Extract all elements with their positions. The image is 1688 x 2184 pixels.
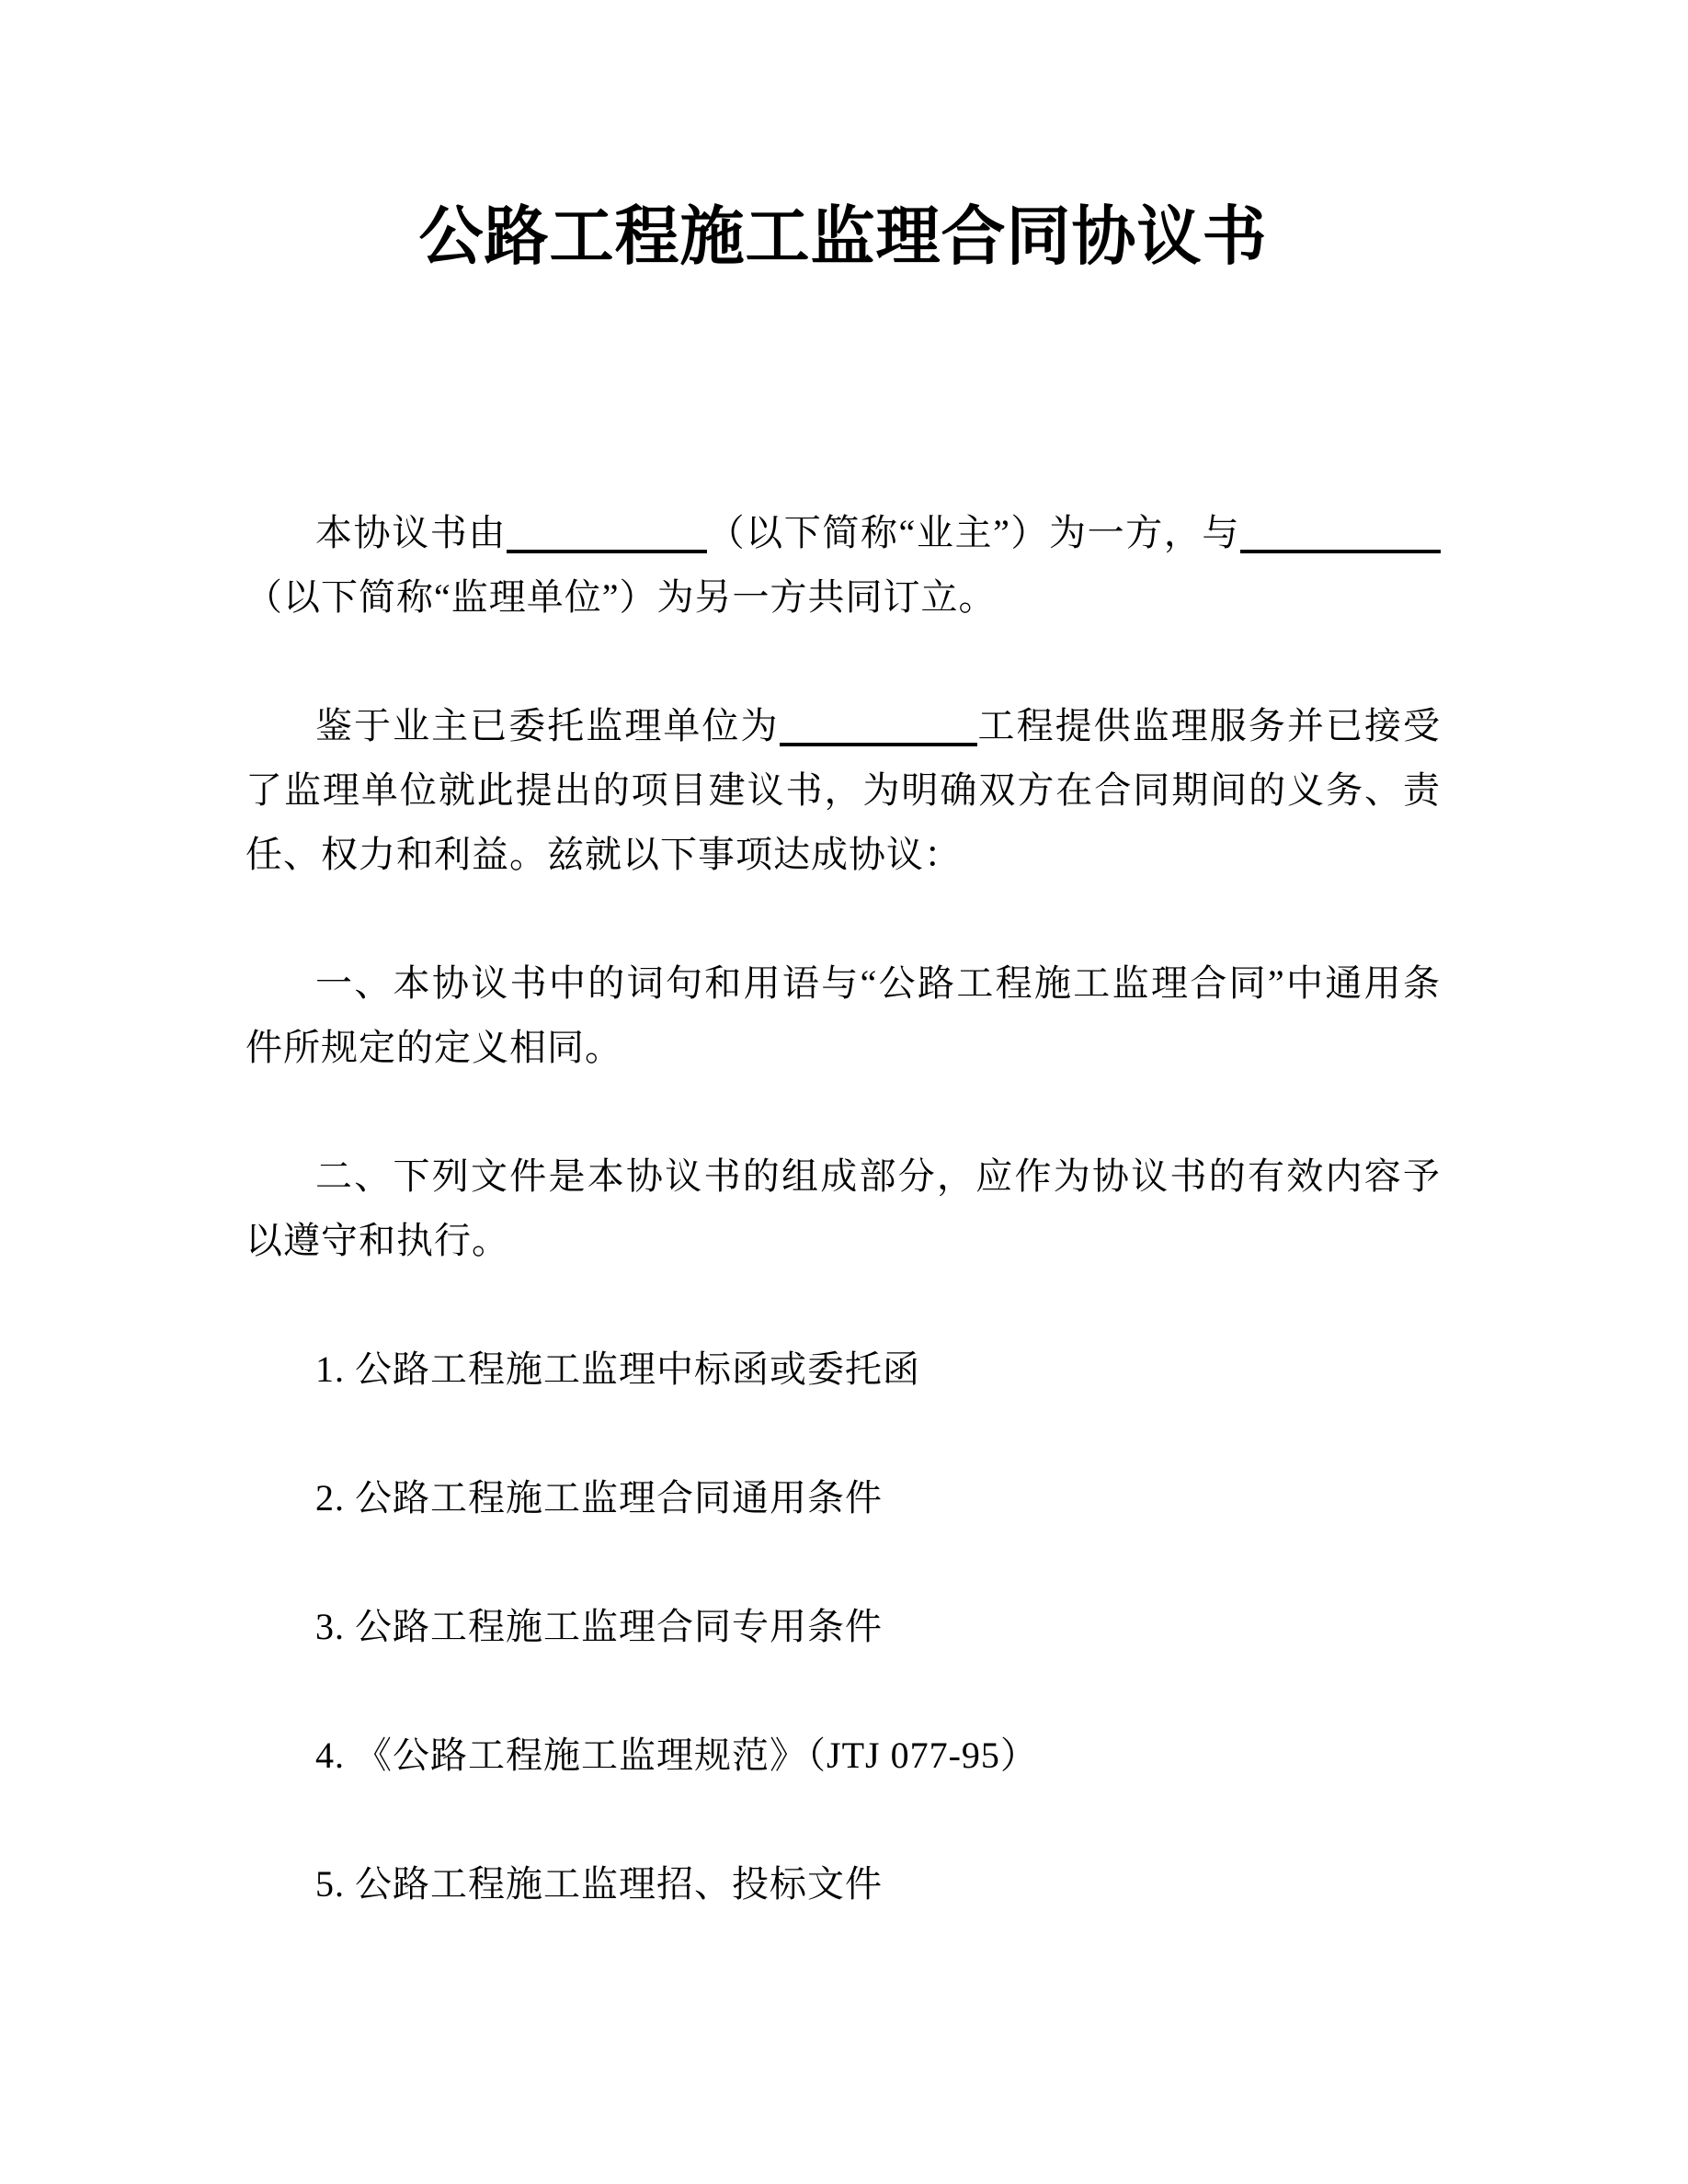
intro-parties-paragraph: 本协议书由（以下简称“业主”）为一方，与（以下简称“监理单位”）为另一方共同订立… (245, 501, 1441, 630)
paragraph-text: 本协议书由 (315, 512, 507, 553)
clause-1-definitions-paragraph: 一、本协议书中的词句和用语与“公路工程施工监理合同”中通用条件所规定的定义相同。 (245, 951, 1441, 1080)
fill-in-blank-underline (780, 706, 977, 746)
paragraph-text: 4. 《公路工程施工监理规范》（JTJ 077-95） (315, 1735, 1038, 1776)
document-title: 公路工程施工监理合同协议书 (245, 204, 1441, 268)
fill-in-blank-underline (507, 513, 707, 553)
document-page: 公路工程施工监理合同协议书 本协议书由（以下简称“业主”）为一方，与（以下简称“… (0, 0, 1688, 2184)
document-list-item-2: 2. 公路工程施工监理合同通用条件 (245, 1466, 1441, 1530)
fill-in-blank-underline (1240, 513, 1441, 553)
paragraph-text: （以下简称“监理单位”）为另一方共同订立。 (245, 576, 997, 618)
recital-paragraph: 鉴于业主已委托监理单位为工程提供监理服务并已接受了监理单位就此提出的项目建议书，… (245, 694, 1441, 887)
paragraph-text: 1. 公路工程施工监理中标函或委托函 (315, 1348, 920, 1390)
paragraph-text: 二、下列文件是本协议书的组成部分，应作为协议书的有效内容予以遵守和执行。 (245, 1155, 1441, 1261)
paragraph-text: 一、本协议书中的词句和用语与“公路工程施工监理合同”中通用条件所规定的定义相同。 (245, 962, 1441, 1068)
paragraph-text: 3. 公路工程施工监理合同专用条件 (315, 1606, 883, 1647)
paragraph-text: 鉴于业主已委托监理单位为 (315, 705, 780, 746)
paragraph-text: 2. 公路工程施工监理合同通用条件 (315, 1477, 883, 1519)
paragraph-text: 5. 公路工程施工监理招、投标文件 (315, 1863, 883, 1905)
document-body: 本协议书由（以下简称“业主”）为一方，与（以下简称“监理单位”）为另一方共同订立… (245, 501, 1441, 1917)
clause-2-documents-paragraph: 二、下列文件是本协议书的组成部分，应作为协议书的有效内容予以遵守和执行。 (245, 1144, 1441, 1273)
document-list-item-3: 3. 公路工程施工监理合同专用条件 (245, 1595, 1441, 1659)
document-list-item-4: 4. 《公路工程施工监理规范》（JTJ 077-95） (245, 1723, 1441, 1788)
document-list-item-5: 5. 公路工程施工监理招、投标文件 (245, 1852, 1441, 1917)
paragraph-text: （以下简称“业主”）为一方，与 (707, 512, 1240, 553)
document-list-item-1: 1. 公路工程施工监理中标函或委托函 (245, 1337, 1441, 1402)
